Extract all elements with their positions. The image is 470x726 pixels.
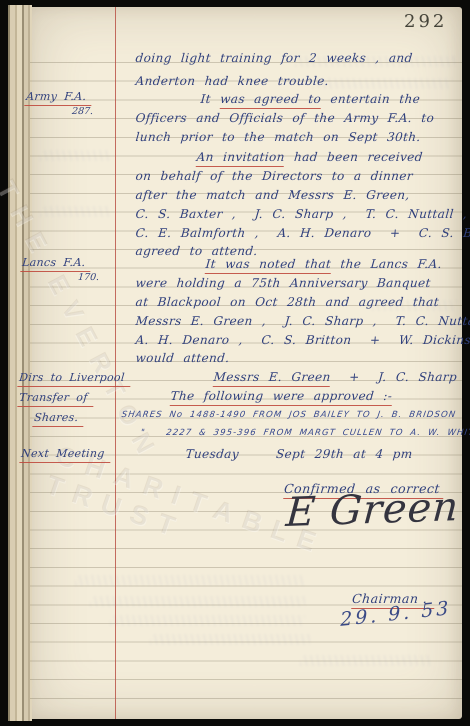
text-segment: Anderton had knee trouble. [135, 74, 330, 88]
margin-note: Shares. [32, 411, 85, 427]
text-segment: were holding a 75th Anniversary Banquet [135, 276, 431, 290]
margin-minute-reference: 170. [78, 272, 100, 283]
handwritten-line: An invitation had been received [196, 150, 423, 164]
text-segment: Tuesday Sept 29th at 4 pm [185, 447, 413, 461]
handwritten-line: Anderton had knee trouble. [135, 74, 330, 88]
text-segment: " 2227 & 395-396 FROM MARGT CULLEN TO A.… [140, 428, 470, 438]
handwritten-line: It was agreed to entertain the [200, 92, 421, 106]
handwritten-line: A. H. Denaro , C. S. Britton + W. Dickin… [135, 333, 470, 347]
text-segment: SHARES No 1488-1490 FROM JOS BAILEY TO J… [121, 410, 457, 420]
handwritten-line: C. E. Balmforth , A. H. Denaro + C. S. B… [135, 226, 470, 240]
text-segment: the Lancs F.A. [331, 257, 443, 271]
handwritten-line: lunch prior to the match on Sept 30th. [135, 130, 421, 144]
handwritten-line: It was noted that the Lancs F.A. [205, 257, 443, 271]
handwritten-line: SHARES No 1488-1490 FROM JOS BAILEY TO J… [121, 410, 457, 420]
underlined-phrase: It was noted that [205, 257, 332, 274]
handwriting-layer: Confirmed as correct E Green Chairman . … [0, 0, 470, 726]
text-segment: would attend. [135, 351, 230, 365]
text-segment: after the match and Messrs E. Green, [135, 188, 410, 202]
text-segment: Messrs E. Green , J. C. Sharp , T. C. Nu… [135, 314, 470, 328]
handwritten-line: " 2227 & 395-396 FROM MARGT CULLEN TO A.… [140, 428, 470, 438]
margin-note: Lancs F.A. [20, 256, 92, 272]
margin-note: Transfer of [17, 391, 94, 407]
handwritten-line: Messrs E. Green , J. C. Sharp , T. C. Nu… [135, 314, 470, 328]
margin-minute-reference: 287. [72, 106, 94, 117]
text-segment: + J. C. Sharp [330, 370, 458, 384]
handwritten-line: Tuesday Sept 29th at 4 pm [185, 447, 413, 461]
margin-note: Next Meeting [19, 447, 111, 463]
text-segment: entertain the [321, 92, 421, 106]
underlined-phrase: was agreed to [219, 92, 321, 109]
handwritten-line: on behalf of the Directors to a dinner [135, 169, 414, 183]
underlined-phrase: The following were approved :- [170, 389, 393, 406]
underlined-phrase: An invitation [196, 150, 286, 167]
text-segment: on behalf of the Directors to a dinner [135, 169, 414, 183]
margin-note: Army F.A. [24, 90, 93, 106]
handwritten-line: agreed to attend. [135, 244, 258, 258]
text-segment: C. E. Balmforth , A. H. Denaro + C. S. B… [135, 226, 470, 240]
photographed-minute-book-page: THE EVERTON CHARITABLE TRUST 292 Confirm… [0, 0, 470, 726]
text-segment: agreed to attend. [135, 244, 258, 258]
handwritten-line: were holding a 75th Anniversary Banquet [135, 276, 431, 290]
chairman-signature: E Green [284, 484, 460, 536]
text-segment: C. S. Baxter , J. C. Sharp , T. C. Nutta… [135, 207, 468, 221]
text-segment: doing light training for 2 weeks , and [135, 51, 413, 65]
handwritten-line: The following were approved :- [170, 389, 393, 403]
handwritten-line: Officers and Officials of the Army F.A. … [135, 111, 435, 125]
handwritten-line: would attend. [135, 351, 230, 365]
text-segment: Officers and Officials of the Army F.A. … [135, 111, 435, 125]
text-segment: at Blackpool on Oct 28th and agreed that [135, 295, 440, 309]
text-segment: lunch prior to the match on Sept 30th. [135, 130, 421, 144]
margin-note: Dirs to Liverpool [17, 371, 131, 387]
handwritten-line: at Blackpool on Oct 28th and agreed that [135, 295, 440, 309]
handwritten-line: doing light training for 2 weeks , and [135, 51, 413, 65]
underlined-phrase: Messrs E. Green [213, 370, 332, 387]
handwritten-line: Messrs E. Green + J. C. Sharp [213, 370, 458, 384]
handwritten-line: C. S. Baxter , J. C. Sharp , T. C. Nutta… [135, 207, 468, 221]
text-segment: A. H. Denaro , C. S. Britton + W. Dickin… [135, 333, 470, 347]
handwritten-line: after the match and Messrs E. Green, [135, 188, 410, 202]
text-segment: had been received [284, 150, 423, 164]
text-segment: It [200, 92, 221, 106]
